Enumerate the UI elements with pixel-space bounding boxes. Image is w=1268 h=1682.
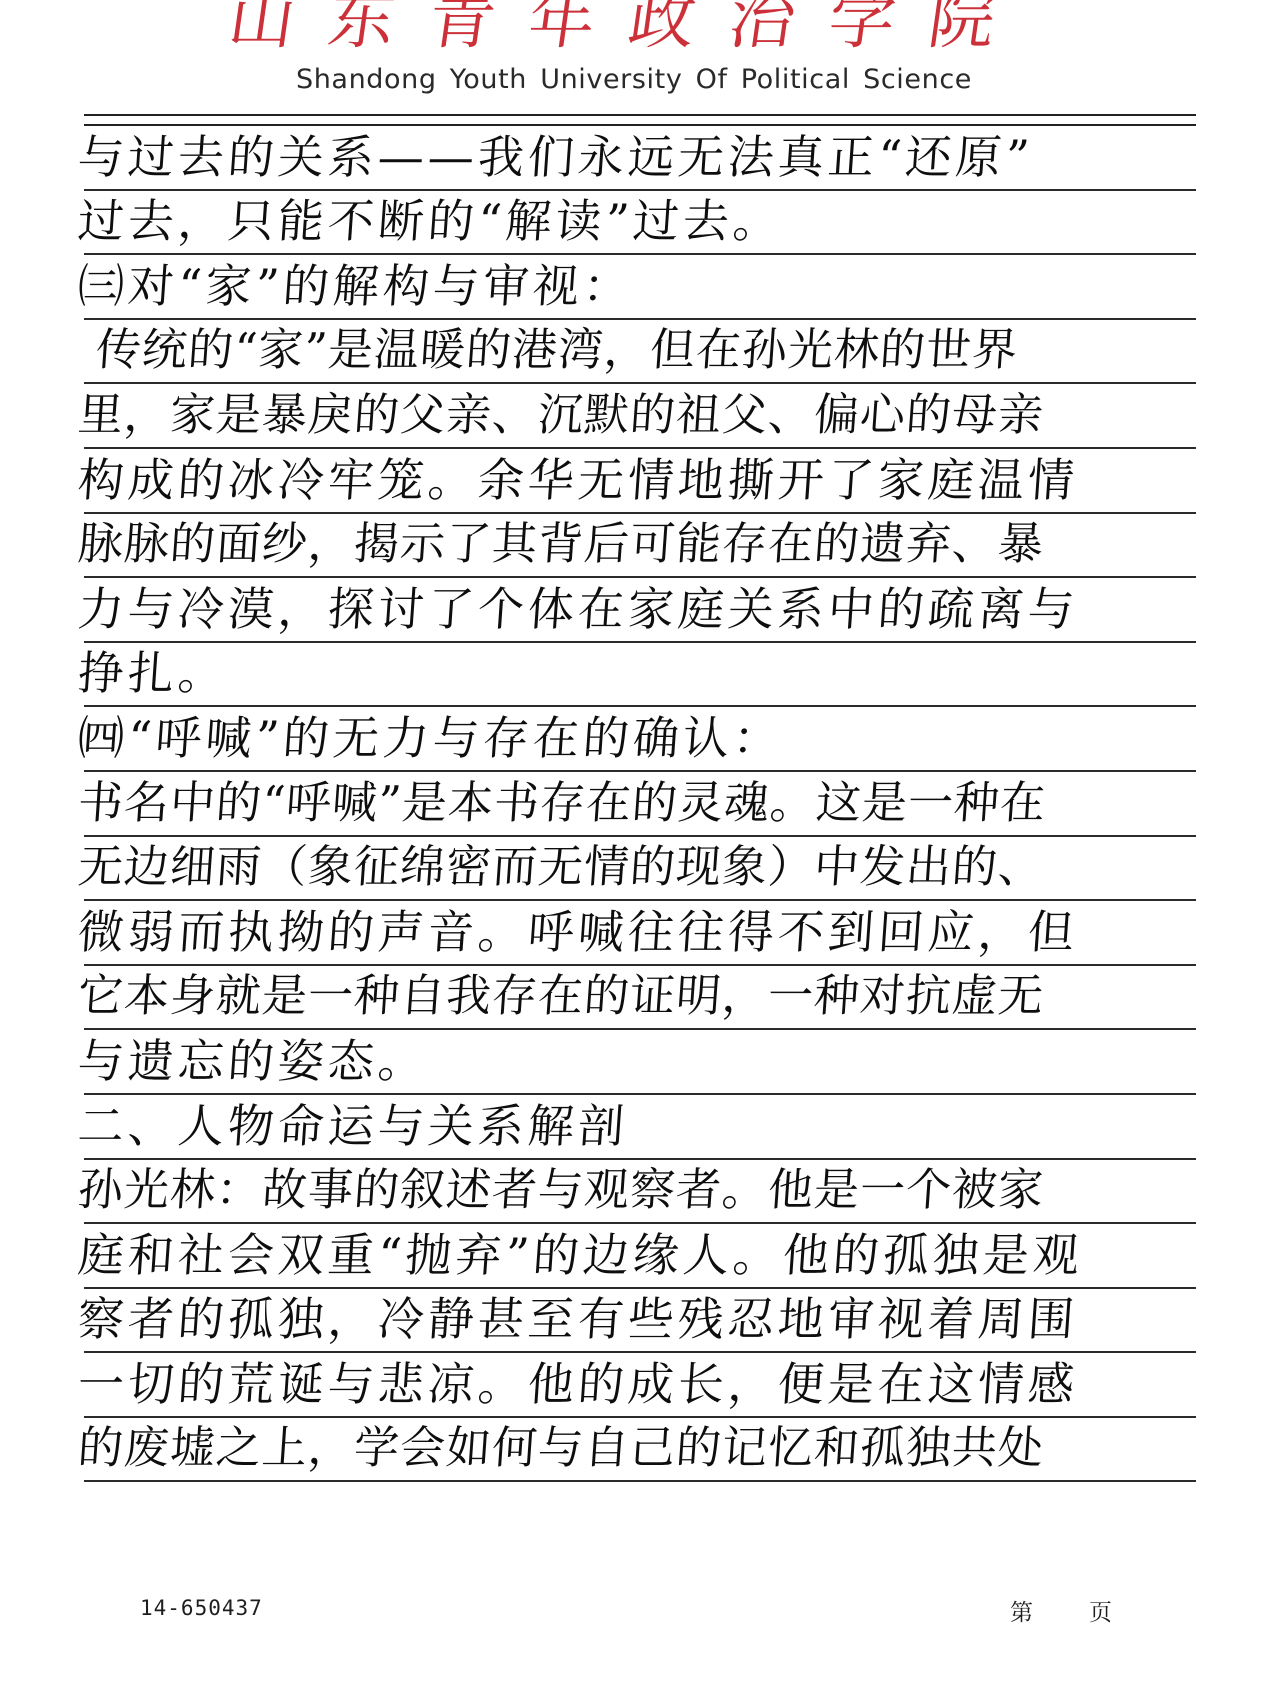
letterhead: 山东青年政治学院 Shandong Youth University Of Po… (0, 0, 1268, 120)
header-rule-top (84, 114, 1196, 116)
ruled-line: 它本身就是一种自我存在的证明，一种对抗虚无 (84, 966, 1196, 1031)
page-number-label: 第页 (1010, 1594, 1112, 1627)
handwritten-text: 与过去的关系——我们永远无法真正“还原” (76, 131, 1035, 183)
ruled-line: 挣扎。 (84, 643, 1196, 708)
handwritten-text: 挣扎。 (76, 647, 230, 699)
ruled-sheet: 与过去的关系——我们永远无法真正“还原” 过去，只能不断的“解读”过去。 ㈢对“… (84, 126, 1196, 1482)
handwritten-text: 孙光林：故事的叙述者与观察者。他是一个被家 (76, 1164, 1046, 1216)
ruled-line: 构成的冰冷牢笼。余华无情地撕开了家庭温情 (84, 449, 1196, 514)
page-label-prefix: 第 (1010, 1600, 1033, 1626)
page-label-suffix: 页 (1089, 1600, 1112, 1626)
ruled-line: 一切的荒诞与悲凉。他的成长，便是在这情感 (84, 1353, 1196, 1418)
ruled-line: 孙光林：故事的叙述者与观察者。他是一个被家 (84, 1160, 1196, 1225)
handwritten-text: 察者的孤独，冷静甚至有些残忍地审视着周围 (76, 1293, 1080, 1345)
handwritten-text: 构成的冰冷牢笼。余华无情地撕开了家庭温情 (76, 454, 1080, 506)
handwritten-text: 的废墟之上，学会如何与自己的记忆和孤独共处 (76, 1422, 1046, 1474)
form-code: 14-650437 (140, 1596, 263, 1620)
ruled-line: 脉脉的面纱，揭示了其背后可能存在的遗弃、暴 (84, 514, 1196, 579)
handwritten-text: 过去，只能不断的“解读”过去。 (76, 195, 785, 247)
ruled-line: ㈢对“家”的解构与审视： (84, 255, 1196, 320)
handwritten-text: 书名中的“呼喊”是本书存在的灵魂。这是一种在 (76, 777, 1048, 829)
ruled-line: 的废墟之上，学会如何与自己的记忆和孤独共处 (84, 1418, 1196, 1483)
ruled-line: ㈣“呼喊”的无力与存在的确认： (84, 707, 1196, 772)
section-heading: 二、人物命运与关系解剖 (76, 1100, 630, 1152)
ruled-line: 察者的孤独，冷静甚至有些残忍地审视着周围 (84, 1289, 1196, 1354)
handwritten-text: 一切的荒诞与悲凉。他的成长，便是在这情感 (76, 1358, 1080, 1410)
ruled-line: 无边细雨（象征绵密而无情的现象）中发出的、 (84, 837, 1196, 902)
ruled-line: 微弱而执拗的声音。呼喊往往得不到回应，但 (84, 901, 1196, 966)
handwritten-text: 微弱而执拗的声音。呼喊往往得不到回应，但 (76, 906, 1080, 958)
handwritten-text: 传统的“家”是温暖的港湾，但在孙光林的世界 (94, 324, 1020, 376)
handwritten-text: 力与冷漠，探讨了个体在家庭关系中的疏离与 (76, 583, 1080, 635)
section-subheading: ㈢对“家”的解构与审视： (76, 260, 635, 312)
ruled-line: 力与冷漠，探讨了个体在家庭关系中的疏离与 (84, 578, 1196, 643)
ruled-line: 过去，只能不断的“解读”过去。 (84, 191, 1196, 256)
ruled-line: 里，家是暴戾的父亲、沉默的祖父、偏心的母亲 (84, 384, 1196, 449)
university-name-english: Shandong Youth University Of Political S… (0, 64, 1268, 95)
handwritten-text: 庭和社会双重“抛弃”的边缘人。他的孤独是观 (76, 1229, 1085, 1281)
university-name-calligraphy: 山东青年政治学院 (223, 0, 1036, 61)
ruled-line: 与遗忘的姿态。 (84, 1030, 1196, 1095)
handwritten-text: 里，家是暴戾的父亲、沉默的祖父、偏心的母亲 (76, 389, 1046, 441)
ruled-line: 二、人物命运与关系解剖 (84, 1095, 1196, 1160)
ruled-line: 书名中的“呼喊”是本书存在的灵魂。这是一种在 (84, 772, 1196, 837)
handwritten-text: 它本身就是一种自我存在的证明，一种对抗虚无 (76, 970, 1046, 1022)
ruled-line: 传统的“家”是温暖的港湾，但在孙光林的世界 (84, 320, 1196, 385)
handwritten-text: 无边细雨（象征绵密而无情的现象）中发出的、 (76, 841, 1046, 893)
handwritten-text: 脉脉的面纱，揭示了其背后可能存在的遗弃、暴 (76, 518, 1046, 570)
ruled-line: 与过去的关系——我们永远无法真正“还原” (84, 126, 1196, 191)
section-subheading: ㈣“呼喊”的无力与存在的确认： (76, 712, 785, 764)
ruled-line: 庭和社会双重“抛弃”的边缘人。他的孤独是观 (84, 1224, 1196, 1289)
handwritten-text: 与遗忘的姿态。 (76, 1035, 430, 1087)
